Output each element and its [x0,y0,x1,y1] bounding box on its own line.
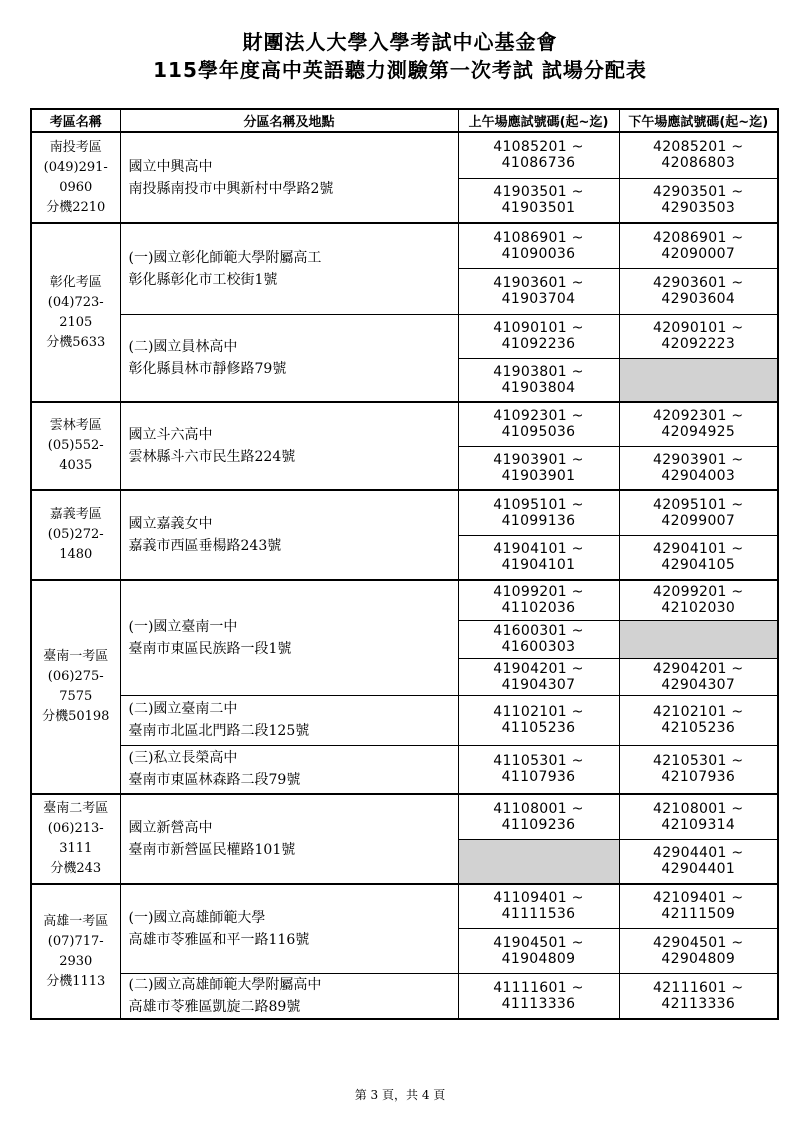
allocation-table: 考區名稱 分區名稱及地點 上午場應試號碼(起~迄) 下午場應試號碼(起~迄) 南… [30,108,779,1020]
pm-range-cell-shaded [619,358,778,402]
region-phone: (04)723-2105 [32,293,120,333]
pm-range-cell: 42090101 ~ 42092223 [619,314,778,358]
table-row: 高雄一考區 (07)717-2930 分機1113 (一)國立高雄師範大學 高雄… [31,884,778,928]
am-range-cell: 41108001 ~ 41109236 [458,794,619,839]
header-region: 考區名稱 [31,109,120,132]
table-row: 雲林考區 (05)552-4035 國立斗六高中 雲林縣斗六市民生路224號 4… [31,402,778,446]
venue-address: 彰化縣彰化市工校街1號 [129,269,458,291]
pm-range-cell: 42904401 ~ 42904401 [619,839,778,884]
am-range-cell: 41090101 ~ 41092236 [458,314,619,358]
header-am-range: 上午場應試號碼(起~迄) [458,109,619,132]
venue-cell: 國立中興高中 南投縣南投市中興新村中學路2號 [120,132,458,223]
venue-cell: (二)國立高雄師範大學附屬高中 高雄市苓雅區凱旋二路89號 [120,973,458,1019]
region-cell: 雲林考區 (05)552-4035 [31,402,120,490]
region-cell: 臺南一考區 (06)275-7575 分機50198 [31,580,120,794]
am-range-cell: 41095101 ~ 41099136 [458,490,619,535]
am-range-cell: 41903601 ~ 41903704 [458,268,619,314]
table-row: (二)國立高雄師範大學附屬高中 高雄市苓雅區凱旋二路89號 41111601 ~… [31,973,778,1019]
pm-range-cell-shaded [619,620,778,658]
pm-range-cell: 42095101 ~ 42099007 [619,490,778,535]
pm-range-cell: 42099201 ~ 42102030 [619,580,778,620]
region-name: 嘉義考區 [32,505,120,525]
region-name: 臺南二考區 [32,799,120,819]
document-subtitle: 115學年度高中英語聽力測驗第一次考試 試場分配表 [0,58,800,83]
pm-range-cell: 42092301 ~ 42094925 [619,402,778,446]
pm-range-cell: 42109401 ~ 42111509 [619,884,778,928]
table-row: (二)國立臺南二中 臺南市北區北門路二段125號 41102101 ~ 4110… [31,695,778,745]
venue-name: 國立中興高中 [129,156,458,178]
venue-address: 彰化縣員林市靜修路79號 [129,358,458,380]
region-cell: 南投考區 (049)291-0960 分機2210 [31,132,120,223]
region-cell: 彰化考區 (04)723-2105 分機5633 [31,223,120,402]
venue-cell: (一)國立臺南一中 臺南市東區民族路一段1號 [120,580,458,695]
venue-address: 嘉義市西區垂楊路243號 [129,535,458,557]
region-cell: 高雄一考區 (07)717-2930 分機1113 [31,884,120,1019]
pm-range-cell: 42904201 ~ 42904307 [619,658,778,695]
pm-range-cell: 42102101 ~ 42105236 [619,695,778,745]
table-row: 南投考區 (049)291-0960 分機2210 國立中興高中 南投縣南投市中… [31,132,778,178]
pm-range-cell: 42108001 ~ 42109314 [619,794,778,839]
region-ext: 分機2210 [32,198,120,218]
venue-cell: (一)國立彰化師範大學附屬高工 彰化縣彰化市工校街1號 [120,223,458,314]
venue-address: 臺南市北區北門路二段125號 [129,720,458,742]
venue-name: (二)國立高雄師範大學附屬高中 [129,974,458,996]
table-row: 彰化考區 (04)723-2105 分機5633 (一)國立彰化師範大學附屬高工… [31,223,778,268]
region-phone: (07)717-2930 [32,932,120,972]
region-ext: 分機50198 [32,707,120,727]
pm-range-cell: 42903601 ~ 42903604 [619,268,778,314]
venue-cell: (二)國立員林高中 彰化縣員林市靜修路79號 [120,314,458,402]
region-phone: (06)275-7575 [32,667,120,707]
table-header-row: 考區名稱 分區名稱及地點 上午場應試號碼(起~迄) 下午場應試號碼(起~迄) [31,109,778,132]
region-phone: (05)552-4035 [32,436,120,476]
venue-address: 高雄市苓雅區凱旋二路89號 [129,996,458,1018]
page-number-footer: 第 3 頁，共 4 頁 [0,1086,800,1103]
venue-address: 南投縣南投市中興新村中學路2號 [129,178,458,200]
pm-range-cell: 42904501 ~ 42904809 [619,928,778,973]
am-range-cell: 41903501 ~ 41903501 [458,178,619,223]
region-ext: 分機243 [32,859,120,879]
table-row: 嘉義考區 (05)272-1480 國立嘉義女中 嘉義市西區垂楊路243號 41… [31,490,778,535]
venue-name: 國立嘉義女中 [129,513,458,535]
venue-address: 臺南市東區林森路二段79號 [129,769,458,791]
venue-cell: (三)私立長榮高中 臺南市東區林森路二段79號 [120,745,458,794]
region-name: 雲林考區 [32,416,120,436]
region-name: 臺南一考區 [32,647,120,667]
venue-cell: (二)國立臺南二中 臺南市北區北門路二段125號 [120,695,458,745]
header-venue: 分區名稱及地點 [120,109,458,132]
pm-range-cell: 42105301 ~ 42107936 [619,745,778,794]
venue-address: 臺南市新營區民權路101號 [129,839,458,861]
region-ext: 分機5633 [32,333,120,353]
pm-range-cell: 42111601 ~ 42113336 [619,973,778,1019]
table-row: 臺南一考區 (06)275-7575 分機50198 (一)國立臺南一中 臺南市… [31,580,778,620]
venue-name: 國立斗六高中 [129,424,458,446]
am-range-cell: 41111601 ~ 41113336 [458,973,619,1019]
table-row: 臺南二考區 (06)213-3111 分機243 國立新營高中 臺南市新營區民權… [31,794,778,839]
region-cell: 嘉義考區 (05)272-1480 [31,490,120,580]
am-range-cell: 41085201 ~ 41086736 [458,132,619,178]
am-range-cell: 41903801 ~ 41903804 [458,358,619,402]
pm-range-cell: 42904101 ~ 42904105 [619,535,778,580]
region-name: 南投考區 [32,138,120,158]
venue-name: (一)國立彰化師範大學附屬高工 [129,247,458,269]
am-range-cell: 41099201 ~ 41102036 [458,580,619,620]
region-phone: (049)291-0960 [32,158,120,198]
am-range-cell: 41102101 ~ 41105236 [458,695,619,745]
pm-range-cell: 42086901 ~ 42090007 [619,223,778,268]
venue-name: (一)國立臺南一中 [129,616,458,638]
region-cell: 臺南二考區 (06)213-3111 分機243 [31,794,120,884]
venue-name: (二)國立臺南二中 [129,698,458,720]
am-range-cell: 41092301 ~ 41095036 [458,402,619,446]
region-name: 高雄一考區 [32,912,120,932]
venue-cell: 國立新營高中 臺南市新營區民權路101號 [120,794,458,884]
region-phone: (05)272-1480 [32,525,120,565]
am-range-cell: 41600301 ~ 41600303 [458,620,619,658]
am-range-cell: 41904101 ~ 41904101 [458,535,619,580]
am-range-cell: 41904501 ~ 41904809 [458,928,619,973]
venue-address: 雲林縣斗六市民生路224號 [129,446,458,468]
venue-name: 國立新營高中 [129,817,458,839]
region-ext: 分機1113 [32,972,120,992]
venue-cell: (一)國立高雄師範大學 高雄市苓雅區和平一路116號 [120,884,458,973]
venue-name: (二)國立員林高中 [129,336,458,358]
table-row: (三)私立長榮高中 臺南市東區林森路二段79號 41105301 ~ 41107… [31,745,778,794]
venue-address: 臺南市東區民族路一段1號 [129,638,458,660]
document-title: 財團法人大學入學考試中心基金會 [0,0,800,55]
venue-address: 高雄市苓雅區和平一路116號 [129,929,458,951]
am-range-cell: 41903901 ~ 41903901 [458,446,619,490]
pm-range-cell: 42903901 ~ 42904003 [619,446,778,490]
venue-cell: 國立斗六高中 雲林縣斗六市民生路224號 [120,402,458,490]
venue-name: (三)私立長榮高中 [129,747,458,769]
region-phone: (06)213-3111 [32,819,120,859]
am-range-cell-shaded [458,839,619,884]
pm-range-cell: 42903501 ~ 42903503 [619,178,778,223]
venue-name: (一)國立高雄師範大學 [129,907,458,929]
table-row: (二)國立員林高中 彰化縣員林市靜修路79號 41090101 ~ 410922… [31,314,778,358]
am-range-cell: 41904201 ~ 41904307 [458,658,619,695]
header-pm-range: 下午場應試號碼(起~迄) [619,109,778,132]
region-name: 彰化考區 [32,273,120,293]
am-range-cell: 41086901 ~ 41090036 [458,223,619,268]
am-range-cell: 41105301 ~ 41107936 [458,745,619,794]
pm-range-cell: 42085201 ~ 42086803 [619,132,778,178]
am-range-cell: 41109401 ~ 41111536 [458,884,619,928]
venue-cell: 國立嘉義女中 嘉義市西區垂楊路243號 [120,490,458,580]
